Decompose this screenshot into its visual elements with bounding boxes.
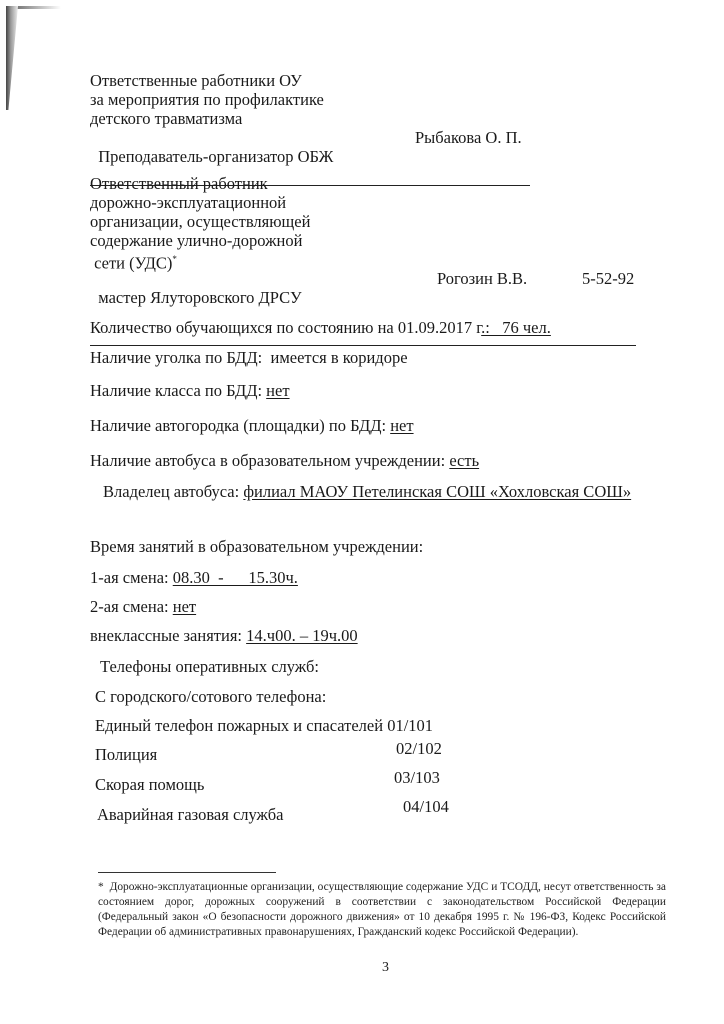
footnote-mark: *: [98, 881, 104, 893]
school-resp-position: Преподаватель-организатор ОБЖ: [98, 147, 333, 166]
extra-row: внеклассные занятия: 14.ч00. – 19ч.00: [90, 626, 358, 645]
road-resp-line-1: Ответственный работник: [90, 174, 268, 193]
footnote-text: Дорожно-эксплуатационные организации, ос…: [98, 881, 666, 938]
shift1-row: 1-ая смена: 08.30 - 15.30ч.: [90, 568, 298, 587]
phone-number: 03/103: [394, 768, 440, 787]
footnote-rule: [98, 872, 276, 873]
road-resp-line-4: содержание улично-дорожной: [90, 231, 302, 250]
phone-number: 01/101: [387, 716, 433, 735]
phone-number: 02/102: [396, 739, 442, 758]
bus-value: есть: [449, 451, 479, 470]
phones-title: Телефоны оперативных служб:: [100, 657, 319, 676]
page-number: 3: [382, 960, 389, 976]
school-resp-name: Рыбакова О. П.: [415, 128, 522, 147]
road-resp-position: мастер Ялуторовского ДРСУ: [98, 288, 301, 307]
phone-number: 04/104: [403, 797, 449, 816]
bdd-class-row: Наличие класса по БДД: нет: [90, 381, 290, 400]
road-resp-phone: 5-52-92: [582, 269, 634, 288]
school-resp-line-1: Ответственные работники ОУ: [90, 71, 302, 90]
phone-row: Единый телефон пожарных и спасателей 01/…: [95, 716, 433, 735]
road-resp-line-3: организации, осуществляющей: [90, 212, 310, 231]
students-count-row: Количество обучающихся по состоянию на 0…: [90, 318, 551, 337]
school-resp-line-3: детского травматизма: [90, 109, 242, 128]
students-count-value: .: 76 чел.: [481, 318, 551, 337]
road-resp-name: Рогозин В.В.: [437, 269, 527, 288]
shift1-value: 08.30 - 15.30ч.: [173, 568, 298, 587]
footnote: * Дорожно-эксплуатационные организации, …: [98, 880, 666, 940]
bdd-autotown-row: Наличие автогородка (площадки) по БДД: н…: [90, 416, 414, 435]
phone-row: Полиция: [95, 745, 157, 764]
bus-row: Наличие автобуса в образовательном учреж…: [90, 451, 479, 470]
footnote-mark: *: [172, 254, 177, 264]
bdd-corner-value: имеется в коридоре: [271, 348, 408, 367]
bdd-autotown-value: нет: [390, 416, 413, 435]
phone-row: Скорая помощь: [95, 775, 204, 794]
bdd-class-value: нет: [266, 381, 289, 400]
phones-subtitle: С городского/сотового телефона:: [95, 687, 326, 706]
scan-artifact-edge: [6, 6, 18, 110]
shift2-row: 2-ая смена: нет: [90, 597, 196, 616]
bus-owner-value: филиал МАОУ Петелинская СОШ «Хохловская …: [243, 482, 631, 501]
phone-row: Аварийная газовая служба: [97, 805, 283, 824]
bus-owner-row: Владелец автобуса: филиал МАОУ Петелинск…: [103, 482, 631, 501]
shift2-value: нет: [173, 597, 196, 616]
schedule-title: Время занятий в образовательном учрежден…: [90, 537, 423, 556]
extra-value: 14.ч00. – 19ч.00: [246, 626, 357, 645]
road-resp-line-2: дорожно-эксплуатационной: [90, 193, 286, 212]
bdd-corner-row: Наличие уголка по БДД: имеется в коридор…: [90, 348, 408, 367]
school-resp-line-2: за мероприятия по профилактике: [90, 90, 324, 109]
